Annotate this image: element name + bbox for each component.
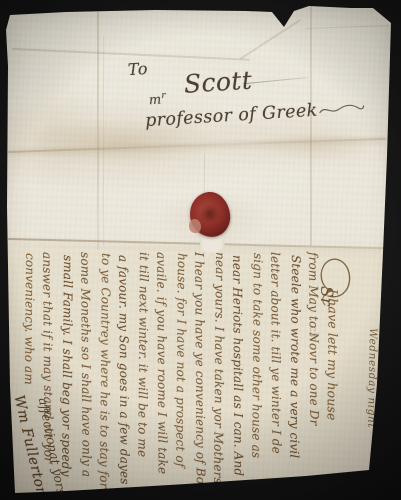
address-title-line: professor of Greek <box>145 98 366 131</box>
letter-line: near yours. I have taken yor Mothers <box>208 252 229 498</box>
paper-stain <box>6 58 98 188</box>
letter-line: I have lett my house <box>322 253 343 498</box>
letter-body-lines: I have lett my house from May to Novr to… <box>19 246 380 498</box>
ink-flourish <box>318 101 365 118</box>
letter-paper: To mr Scott professor of Greek Wednesday… <box>6 6 394 498</box>
letter-line: I hear you have ye conveniency of Boarde… <box>189 252 210 498</box>
wax-seal <box>188 192 234 258</box>
letter-line: sign to take some other house as <box>246 253 267 498</box>
address-mr-base: m <box>148 92 162 108</box>
address-surname: Scott <box>183 66 253 99</box>
letter-line: near Heriots hospitall as I can. And <box>227 255 248 498</box>
address-block: To mr Scott professor of Greek <box>121 48 336 153</box>
flap-crease <box>306 25 390 29</box>
letter-line: Steele who wrote me a very civil <box>284 255 305 498</box>
folded-corner <box>364 6 391 26</box>
letter-line: to ye Countrey where he is to stay for <box>94 253 115 498</box>
letter-line: some Moneths so I shall have only a <box>75 252 96 498</box>
dateline: Wednesday night <box>365 328 379 429</box>
vertical-fold-crease <box>103 36 104 246</box>
letter-line: availe. if you have roome I will take <box>151 252 172 498</box>
letter-text-area: Wednesday night Sr C37 I have lett my ho… <box>6 246 380 498</box>
letter-line: letter about it. till ye winter I de <box>265 252 286 498</box>
vertical-fold-crease <box>97 12 99 250</box>
address-mr: mr <box>148 91 166 108</box>
letter-line: from May to Novr to one Dr <box>303 252 324 498</box>
letter-line: house. for I have not a prospect of <box>170 253 191 498</box>
letter-line: a favour. my Son goes in a few dayes <box>113 255 134 498</box>
letter-line: it till next winter. it will be to me <box>132 252 153 498</box>
wax-drip <box>189 219 201 233</box>
rotated-letter-page: Wednesday night Sr C37 I have lett my ho… <box>6 246 380 498</box>
letter-photograph: To mr Scott professor of Greek Wednesday… <box>0 0 401 500</box>
address-to: To <box>127 59 148 79</box>
address-title-text: professor of Greek <box>145 101 319 132</box>
address-mr-superscript: r <box>161 91 166 101</box>
pen-stroke <box>243 77 309 84</box>
